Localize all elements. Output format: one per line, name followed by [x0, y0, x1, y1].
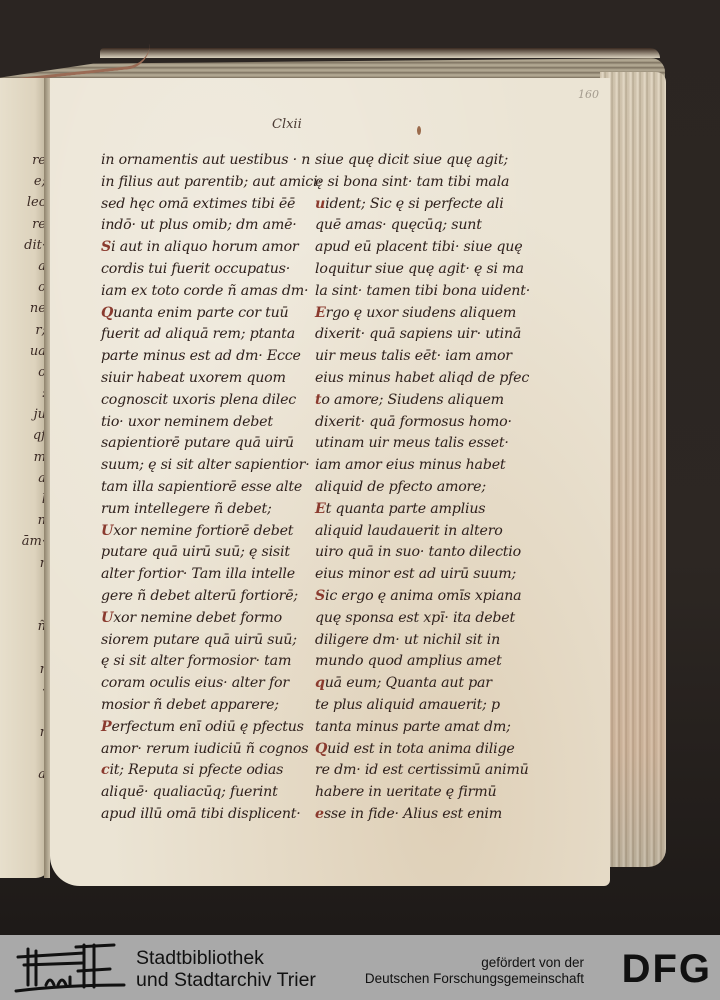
- left-page-fragment: r: [0, 659, 46, 680]
- rubricated-initial: S: [101, 239, 111, 255]
- text-column-left: in ornamentis aut uestibus · nin filius …: [101, 150, 322, 826]
- manuscript-line: iam amor eius minus habet: [315, 455, 530, 477]
- manuscript-line: putare quā uirū suū; ę sisit: [101, 542, 322, 564]
- manuscript-line: tam illa sapientiorē esse alte: [101, 477, 322, 499]
- manuscript-line: to amore; Siudens aliquem: [315, 390, 530, 412]
- left-page-fragment: [0, 701, 46, 722]
- manuscript-line: mosior ñ debet apparere;: [101, 695, 322, 717]
- left-page-fragment: [0, 574, 46, 595]
- left-page-fragment: dit·: [0, 235, 46, 256]
- library-name: Stadtbibliothek und Stadtarchiv Trier: [136, 947, 316, 991]
- left-page-fragment: m: [0, 447, 46, 468]
- dfg-logo: DFG: [622, 951, 712, 987]
- left-page-fragment: [0, 743, 46, 764]
- manuscript-line: habere in ueritate ę firmū: [315, 782, 530, 804]
- left-page-fragment: ua: [0, 341, 46, 362]
- manuscript-line: sed hęc omā extimes tibi ēē: [101, 194, 322, 216]
- manuscript-line: gere ñ debet alterū fortiorē;: [101, 586, 322, 608]
- manuscript-line: tanta minus parte amat dm;: [315, 717, 530, 739]
- manuscript-line: re dm· id est certissimū animū: [315, 760, 530, 782]
- manuscript-line: sapientiorē putare quā uirū: [101, 433, 322, 455]
- manuscript-line: loquitur siue quę agit· ę si ma: [315, 259, 530, 281]
- manuscript-line: Ergo ę uxor siudens aliquem: [315, 303, 530, 325]
- left-page-fragment: l: [0, 489, 46, 510]
- rubricated-initial: c: [101, 762, 109, 778]
- left-page-fragment: lec: [0, 192, 46, 213]
- manuscript-line: diligere dm· ut nichil sit in: [315, 630, 530, 652]
- manuscript-line: Uxor nemine fortiorē debet: [101, 521, 322, 543]
- funding-line1: gefördert von der: [365, 955, 584, 971]
- manuscript-line: eius minor est ad uirū suum;: [315, 564, 530, 586]
- left-page-fragment: o: [0, 362, 46, 383]
- manuscript-line: aliquid laudauerit in altero: [315, 521, 530, 543]
- manuscript-line: siue quę dicit siue quę agit;: [315, 150, 530, 172]
- manuscript-line: dixerit· quā formosus homo·: [315, 412, 530, 434]
- left-page-text-fragments: ree;lecredit·aoner;uao:juqfmalnām·rñr·ra: [0, 150, 46, 786]
- manuscript-line: iam ex toto corde ñ amas dm·: [101, 281, 322, 303]
- rubricated-initial: t: [315, 392, 321, 408]
- rubricated-initial: P: [101, 719, 111, 735]
- manuscript-line: Quanta enim parte cor tuū: [101, 303, 322, 325]
- rubricated-initial: E: [315, 501, 326, 517]
- manuscript-scan: ree;lecredit·aoner;uao:juqfmalnām·rñr·ra…: [0, 0, 720, 935]
- manuscript-line: apud illū omā tibi displicent·: [101, 804, 322, 826]
- manuscript-line: cit; Reputa si pfecte odias: [101, 760, 322, 782]
- left-page-fragment: re: [0, 214, 46, 235]
- manuscript-line: siorem putare quā uirū suū;: [101, 630, 322, 652]
- manuscript-line: fuerit ad aliquā rem; ptanta: [101, 324, 322, 346]
- funding-line2: Deutschen Forschungsgemeinschaft: [365, 971, 584, 987]
- manuscript-line: quē amas· quęcūq; sunt: [315, 215, 530, 237]
- rubricated-initial: S: [315, 588, 325, 604]
- left-page-fragment: qf: [0, 425, 46, 446]
- manuscript-line: parte minus est ad dm· Ecce: [101, 346, 322, 368]
- manuscript-line: ę si bona sint· tam tibi mala: [315, 172, 530, 194]
- manuscript-line: cordis tui fuerit occupatus·: [101, 259, 322, 281]
- manuscript-line: utinam uir meus talis esset·: [315, 433, 530, 455]
- manuscript-line: cognoscit uxoris plena dilec: [101, 390, 322, 412]
- left-page-fragment: r: [0, 553, 46, 574]
- left-page-fragment: ñ: [0, 616, 46, 637]
- rubricated-initial: E: [315, 305, 326, 321]
- manuscript-line: eius minus habet aliqd de pfec: [315, 368, 530, 390]
- folio-number-arabic: 160: [578, 88, 599, 101]
- manuscript-line: mundo quod amplius amet: [315, 651, 530, 673]
- manuscript-line: uident; Sic ę si perfecte ali: [315, 194, 530, 216]
- manuscript-line: suum; ę si sit alter sapientior·: [101, 455, 322, 477]
- left-page-fragment: a: [0, 256, 46, 277]
- manuscript-line: Uxor nemine debet formo: [101, 608, 322, 630]
- rubricated-initial: u: [315, 196, 325, 212]
- manuscript-line: aliquid de pfecto amore;: [315, 477, 530, 499]
- manuscript-line: alter fortior· Tam illa intelle: [101, 564, 322, 586]
- rubricated-initial: Q: [315, 741, 327, 757]
- left-page-fragment: e;: [0, 171, 46, 192]
- left-page-fragment: ne: [0, 298, 46, 319]
- manuscript-line: siuir habeat uxorem quom: [101, 368, 322, 390]
- manuscript-line: quę sponsa est xpī· ita debet: [315, 608, 530, 630]
- manuscript-line: aliquē· qualiacūq; fuerint: [101, 782, 322, 804]
- manuscript-line: ę si sit alter formosior· tam: [101, 651, 322, 673]
- library-name-line1: Stadtbibliothek: [136, 947, 316, 969]
- manuscript-line: uiro quā in suo· tanto dilectio: [315, 542, 530, 564]
- left-page-fragment: n: [0, 510, 46, 531]
- left-page-fragment: a: [0, 764, 46, 785]
- text-column-right: siue quę dicit siue quę agit;ę si bona s…: [315, 150, 530, 826]
- manuscript-line: rum intellegere ñ debet;: [101, 499, 322, 521]
- left-page-fragment: ·: [0, 680, 46, 701]
- manuscript-line: Et quanta parte amplius: [315, 499, 530, 521]
- manuscript-line: Si aut in aliquo horum amor: [101, 237, 322, 259]
- rubricated-initial: U: [101, 523, 113, 539]
- manuscript-line: amor· rerum iudiciū ñ cognos: [101, 739, 322, 761]
- manuscript-line: tio· uxor neminem debet: [101, 412, 322, 434]
- library-name-line2: und Stadtarchiv Trier: [136, 969, 316, 991]
- rubricated-initial: e: [315, 806, 324, 822]
- rubricated-initial: U: [101, 610, 113, 626]
- left-page-fragment: [0, 637, 46, 658]
- manuscript-line: Sic ergo ę anima omīs xpiana: [315, 586, 530, 608]
- rubricated-initial: q: [315, 675, 325, 691]
- book-top-edge: [100, 48, 660, 58]
- left-page-fragment: :: [0, 383, 46, 404]
- folio-number-roman: Clxii: [272, 117, 302, 132]
- left-page-fragment: r: [0, 722, 46, 743]
- manuscript-line: Quid est in tota anima dilige: [315, 739, 530, 761]
- manuscript-line: Perfectum enī odiū ę pfectus: [101, 717, 322, 739]
- left-page-fragment: r;: [0, 320, 46, 341]
- manuscript-line: indō· ut plus omib; dm amē·: [101, 215, 322, 237]
- funding-statement: gefördert von der Deutschen Forschungsge…: [365, 955, 584, 987]
- manuscript-line: apud eū placent tibi· siue quę: [315, 237, 530, 259]
- manuscript-line: la sint· tamen tibi bona uident·: [315, 281, 530, 303]
- left-page-fragment: ju: [0, 404, 46, 425]
- manuscript-line: coram oculis eius· alter for: [101, 673, 322, 695]
- footer-banner: Stadtbibliothek und Stadtarchiv Trier ge…: [0, 935, 720, 1000]
- manuscript-line: quā eum; Quanta aut par: [315, 673, 530, 695]
- manuscript-line: te plus aliquid amauerit; p: [315, 695, 530, 717]
- left-page-fragment: a: [0, 468, 46, 489]
- left-page-fragment: o: [0, 277, 46, 298]
- manuscript-line: dixerit· quā sapiens uir· utinā: [315, 324, 530, 346]
- manuscript-line: uir meus talis eēt· iam amor: [315, 346, 530, 368]
- left-page-fragment: ām·: [0, 531, 46, 552]
- manuscript-line: in ornamentis aut uestibus · n: [101, 150, 322, 172]
- stadtbibliothek-trier-logo-icon: [14, 941, 126, 993]
- ink-spot: [417, 126, 421, 135]
- rubricated-initial: Q: [101, 305, 113, 321]
- manuscript-line: esse in fide· Alius est enim: [315, 804, 530, 826]
- manuscript-line: in filius aut parentib; aut amici·: [101, 172, 322, 194]
- left-page-fragment: re: [0, 150, 46, 171]
- left-page-fragment: [0, 595, 46, 616]
